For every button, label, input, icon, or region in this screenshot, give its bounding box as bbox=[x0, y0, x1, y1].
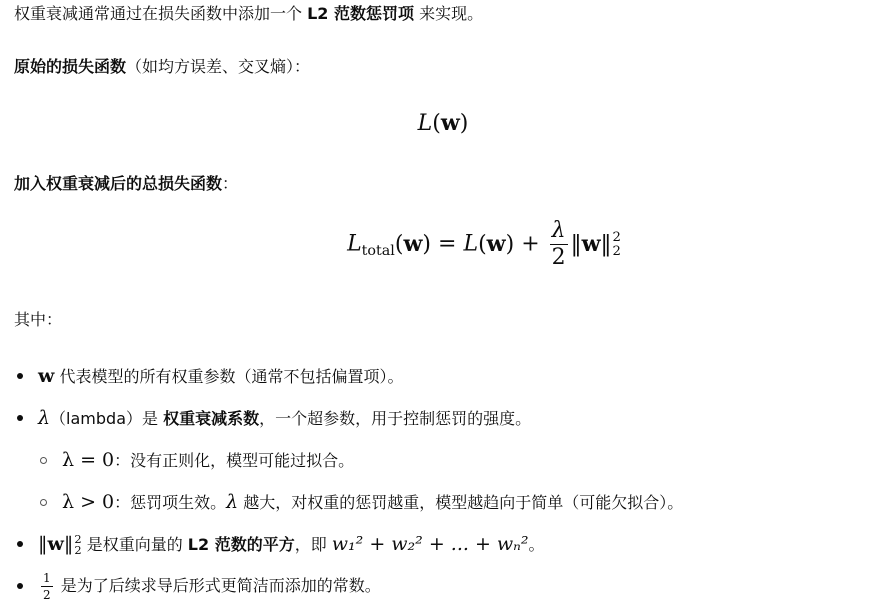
frac-num: λ bbox=[550, 220, 568, 245]
formula-original-loss: L(w) bbox=[0, 110, 886, 136]
original-loss-heading: 原始的损失函数（如均方误差、交叉熵）： bbox=[14, 53, 310, 81]
intro-bold: L2 范数惩罚项 bbox=[307, 4, 414, 23]
list-text: 是权重向量的 bbox=[82, 535, 188, 554]
list-text: （lambda）是 bbox=[50, 409, 163, 428]
math-lambda: λ bbox=[38, 407, 50, 429]
formula2-L: L bbox=[347, 232, 362, 257]
math-norm: ‖w‖22 bbox=[38, 533, 82, 555]
total-loss-bold: 加入权重衰减后的总损失函数 bbox=[14, 174, 222, 193]
math-lambda-gt-0: λ > 0 bbox=[62, 491, 114, 513]
where-label: 其中： bbox=[14, 306, 62, 334]
frac-den: 2 bbox=[43, 587, 51, 601]
formula2-norm-supsub: 22 bbox=[613, 231, 621, 257]
math-lambda-eq-0: λ = 0 bbox=[62, 449, 114, 471]
intro-text: 权重衰减通常通过在损失函数中添加一个 bbox=[14, 4, 307, 23]
bullet-icon bbox=[17, 583, 23, 589]
formula2-eq: = bbox=[438, 232, 456, 257]
bullet-icon bbox=[17, 415, 23, 421]
circle-bullet-icon bbox=[40, 457, 47, 464]
intro-paragraph: 权重衰减通常通过在损失函数中添加一个 L2 范数惩罚项 来实现。 bbox=[14, 0, 483, 28]
original-loss-bold: 原始的损失函数 bbox=[14, 57, 126, 76]
list-text: ，一个超参数，用于控制惩罚的强度。 bbox=[259, 409, 531, 428]
total-loss-heading: 加入权重衰减后的总损失函数： bbox=[14, 170, 238, 198]
circle-bullet-icon bbox=[40, 499, 47, 506]
list-item: λ（lambda）是 权重衰减系数，一个超参数，用于控制惩罚的强度。 bbox=[14, 402, 886, 444]
list-bold: L2 范数的平方 bbox=[188, 535, 295, 554]
bullet-icon bbox=[17, 541, 23, 547]
explanation-list: w 代表模型的所有权重参数（通常不包括偏置项）。 λ（lambda）是 权重衰减… bbox=[14, 360, 886, 612]
formula1-w: w bbox=[441, 110, 460, 136]
intro-suffix: 来实现。 bbox=[414, 4, 483, 23]
total-loss-suffix: ： bbox=[222, 174, 238, 193]
list-text: 。 bbox=[529, 535, 545, 554]
formula1-L: L bbox=[418, 111, 433, 136]
math-sum-expr: w₁² + w₂² + ... + wₙ² bbox=[332, 533, 529, 555]
formula2-plus: + bbox=[521, 232, 539, 257]
formula2-lhs-arg: (w) bbox=[395, 232, 431, 257]
sub-list-item: λ = 0：没有正则化，模型可能过拟合。 bbox=[14, 444, 886, 486]
formula2-fraction: λ2 bbox=[550, 220, 568, 269]
formula2-rhs-arg: (w) bbox=[478, 232, 514, 257]
frac-num: 1 bbox=[41, 572, 53, 587]
list-text: 越大，对权重的惩罚越重，模型越趋向于简单（可能欠拟合）。 bbox=[238, 493, 683, 512]
list-text: 是为了后续求导后形式更简洁而添加的常数。 bbox=[56, 576, 381, 595]
list-item: w 代表模型的所有权重参数（通常不包括偏置项）。 bbox=[14, 360, 886, 402]
sub-list-item: λ > 0：惩罚项生效。λ 越大，对权重的惩罚越重，模型越趋向于简单（可能欠拟合… bbox=[14, 486, 886, 528]
formula1-lparen: ( bbox=[432, 111, 441, 136]
norm-sub: 2 bbox=[74, 545, 81, 556]
bullet-icon bbox=[17, 373, 23, 379]
list-bold: 权重衰减系数 bbox=[163, 409, 259, 428]
list-item: 12 是为了后续求导后形式更简洁而添加的常数。 bbox=[14, 570, 886, 612]
list-text: 代表模型的所有权重参数（通常不包括偏置项）。 bbox=[54, 367, 403, 386]
norm-sup: 2 bbox=[613, 231, 621, 244]
formula2-norm: ‖w‖ bbox=[571, 232, 612, 257]
formula1-rparen: ) bbox=[460, 111, 469, 136]
list-text: ：没有正则化，模型可能过拟合。 bbox=[114, 451, 354, 470]
math-lambda: λ bbox=[226, 491, 238, 513]
math-w: w bbox=[38, 365, 54, 387]
list-text: ：惩罚项生效。 bbox=[114, 493, 226, 512]
original-loss-suffix: （如均方误差、交叉熵）： bbox=[126, 57, 310, 76]
frac-den: 2 bbox=[552, 245, 566, 269]
formula2-rhs-L: L bbox=[463, 232, 478, 257]
formula-total-loss: Ltotal(w) = L(w) + λ2‖w‖22 bbox=[0, 220, 886, 269]
math-half-fraction: 12 bbox=[41, 572, 53, 601]
list-item: ‖w‖22 是权重向量的 L2 范数的平方，即 w₁² + w₂² + ... … bbox=[14, 528, 886, 570]
norm-sub: 2 bbox=[613, 245, 621, 258]
formula2-sub: total bbox=[362, 243, 395, 259]
list-text: ，即 bbox=[295, 535, 332, 554]
